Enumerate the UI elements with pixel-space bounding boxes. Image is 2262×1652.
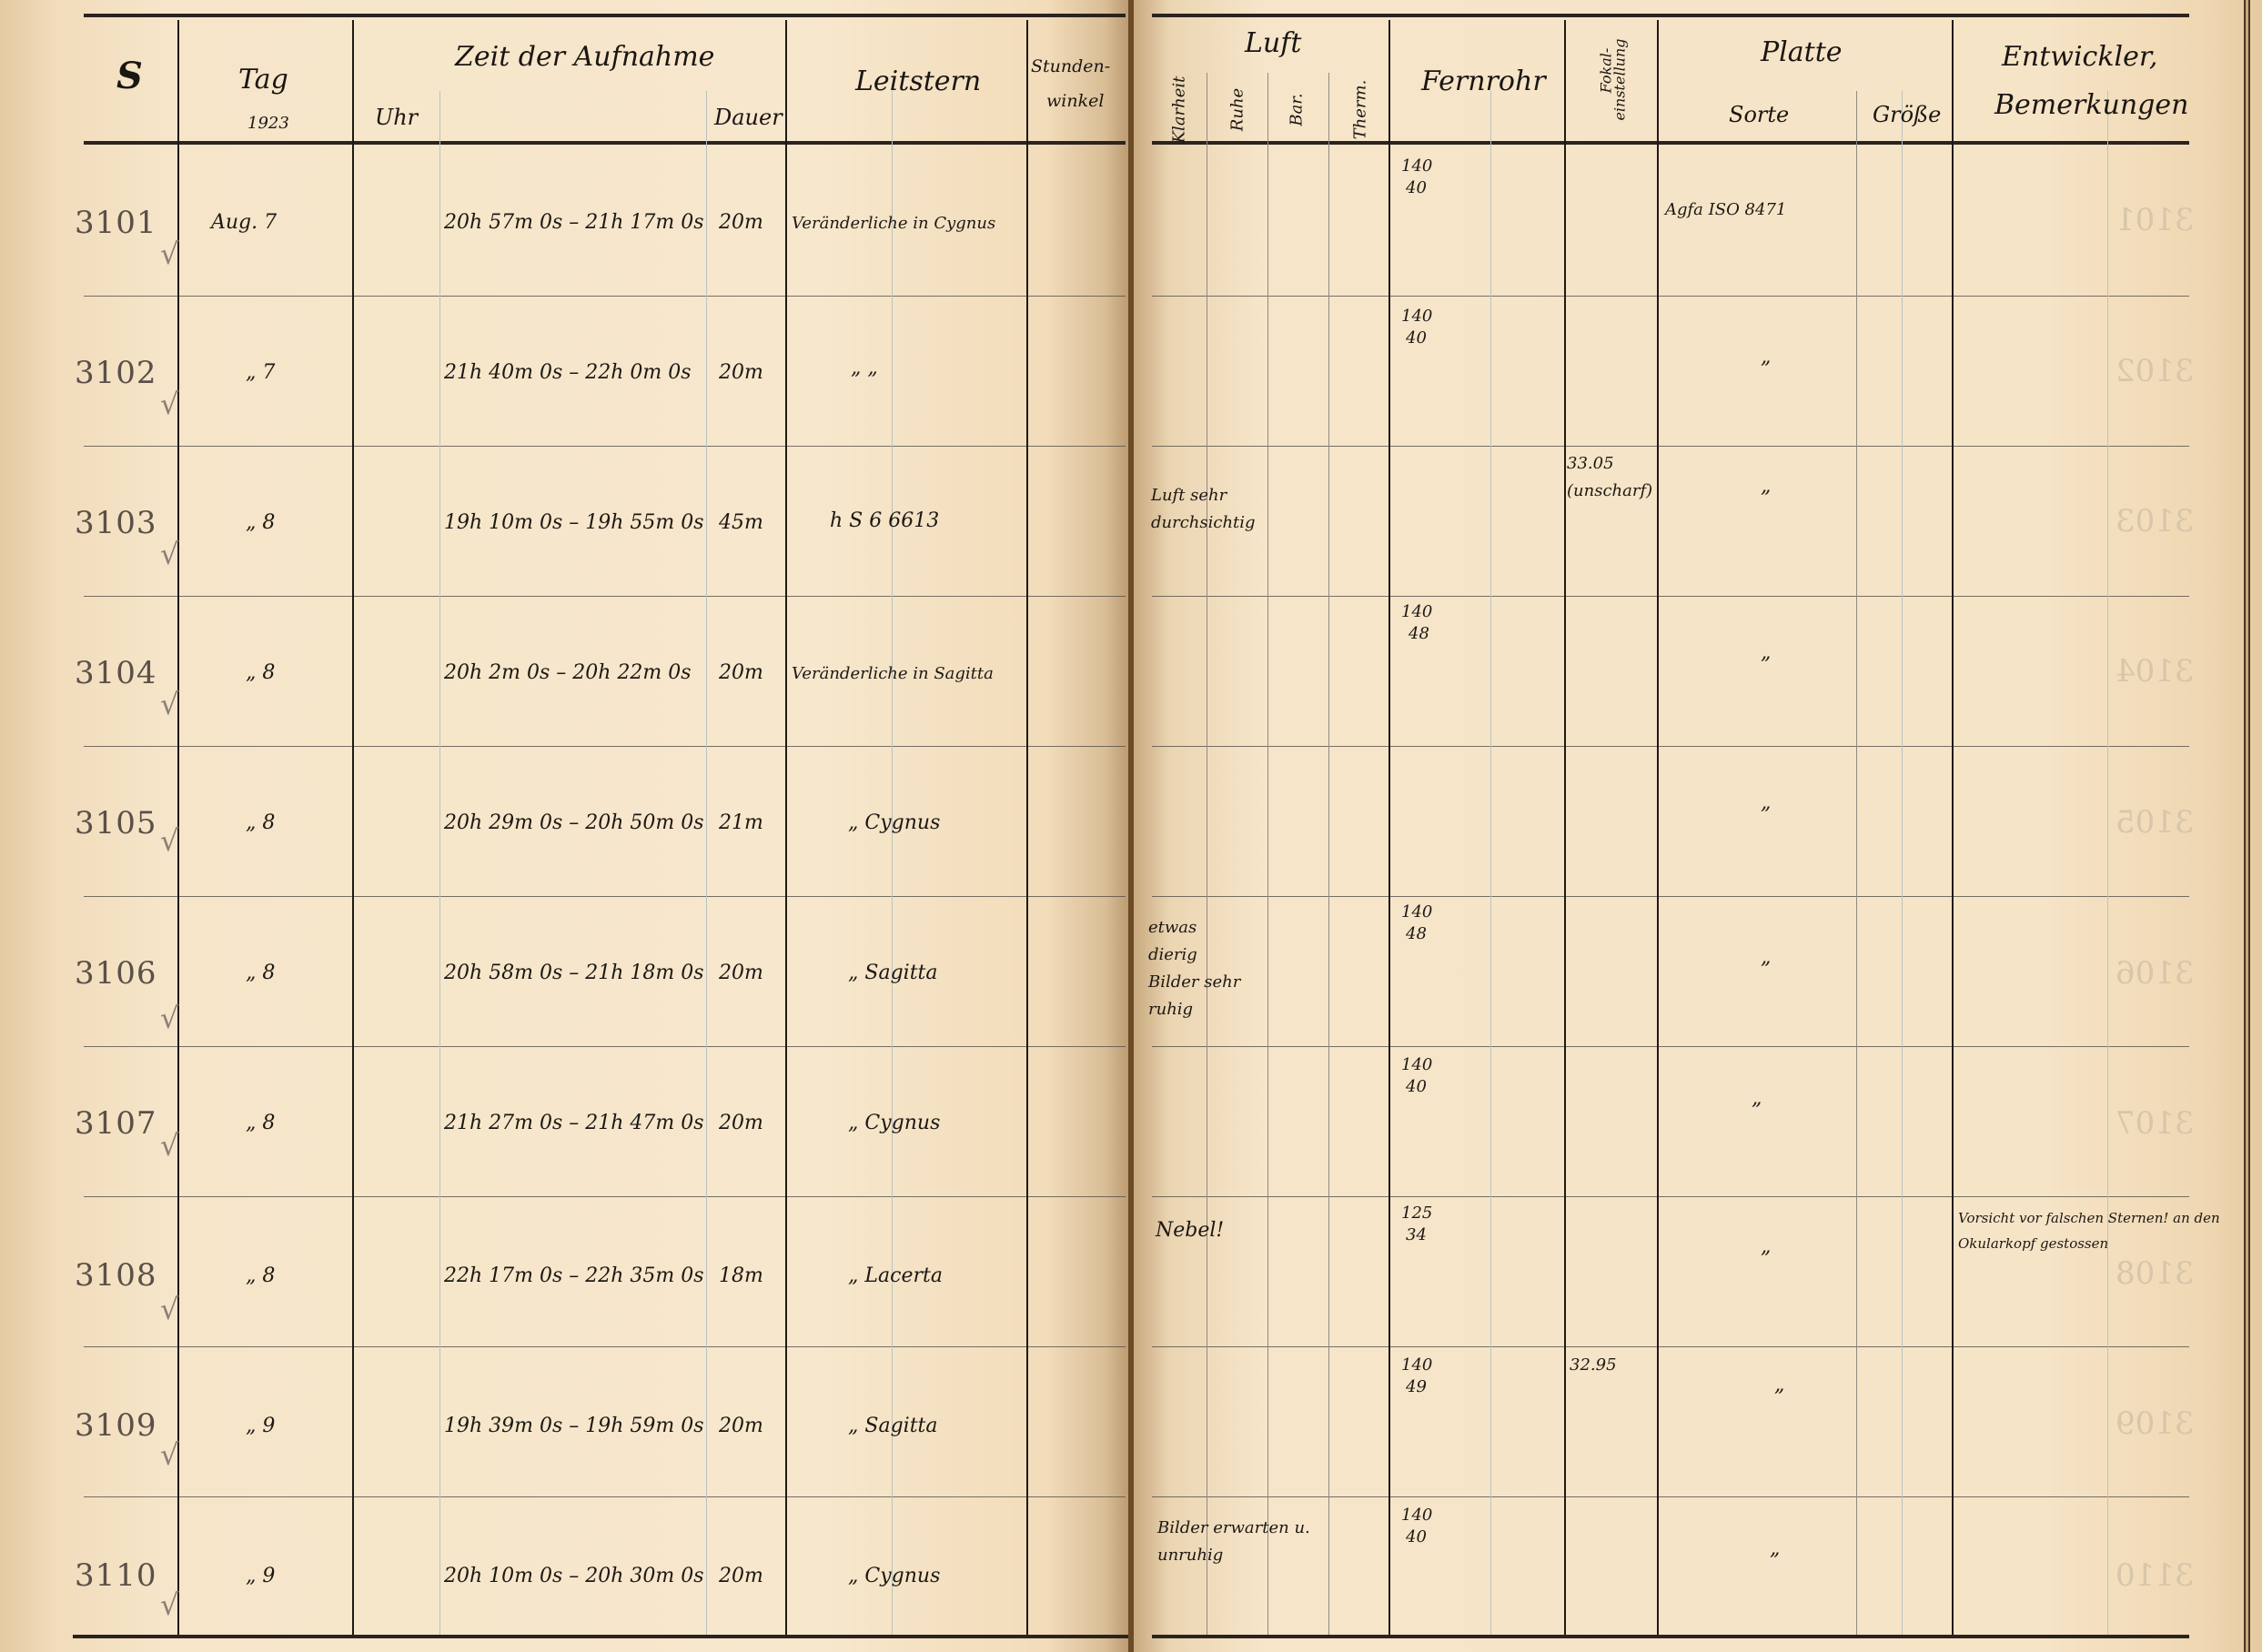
duration-cell: 20m bbox=[719, 1415, 763, 1437]
telescope-value: 40 bbox=[1406, 328, 1427, 348]
time-cell: 20h 58m 0s – 21h 18m 0s bbox=[444, 962, 704, 984]
header-klarheit: Klarheit bbox=[1170, 74, 1189, 146]
row-divider bbox=[1152, 296, 2189, 297]
bleed-through-number: 3109 bbox=[2116, 1405, 2195, 1442]
plate-number: 3102 bbox=[75, 355, 157, 391]
time-cell: 20h 10m 0s – 20h 30m 0s bbox=[444, 1565, 704, 1587]
column-divider bbox=[1657, 20, 1659, 1635]
plate-type-cell: „ bbox=[1761, 946, 1771, 969]
row-divider bbox=[1152, 1346, 2189, 1347]
plate-number: 3105 bbox=[75, 805, 157, 841]
duration-cell: 18m bbox=[719, 1264, 763, 1287]
header-ruhe: Ruhe bbox=[1228, 83, 1247, 137]
telescope-aperture: 140 bbox=[1401, 602, 1432, 621]
plate-number: 3110 bbox=[75, 1557, 157, 1594]
focus-setting-cell: 33.05 (unscharf) bbox=[1567, 450, 1658, 505]
duration-cell: 20m bbox=[719, 661, 763, 684]
telescope-value: 40 bbox=[1406, 1077, 1427, 1096]
telescope-aperture: 125 bbox=[1401, 1204, 1432, 1223]
guide-star-cell: „ Cygnus bbox=[848, 1112, 940, 1134]
header-therm: Therm. bbox=[1351, 78, 1370, 142]
checkmark-icon: √ bbox=[160, 687, 178, 721]
right-page bbox=[1134, 0, 2262, 1652]
row-divider bbox=[84, 1196, 1126, 1197]
plate-number: 3104 bbox=[75, 655, 157, 691]
column-divider bbox=[352, 20, 354, 1635]
time-cell: 21h 40m 0s – 22h 0m 0s bbox=[444, 361, 692, 384]
checkmark-icon: √ bbox=[160, 1128, 178, 1163]
row-divider bbox=[1152, 1496, 2189, 1497]
checkmark-icon: √ bbox=[160, 1292, 178, 1326]
top-rule bbox=[1152, 14, 2189, 17]
telescope-aperture: 140 bbox=[1401, 1355, 1432, 1375]
bleed-through-number: 3110 bbox=[2116, 1557, 2195, 1594]
date-cell: „ 8 bbox=[246, 661, 275, 684]
header-rule bbox=[1152, 141, 2189, 145]
column-guide bbox=[1902, 91, 1903, 1635]
date-cell: „ 8 bbox=[246, 511, 275, 534]
plate-number: 3101 bbox=[75, 205, 157, 241]
guide-star-cell: „ Lacerta bbox=[848, 1264, 943, 1287]
column-divider bbox=[785, 20, 787, 1635]
header-groesse: Größe bbox=[1873, 102, 1941, 127]
telescope-value: 40 bbox=[1406, 1527, 1427, 1546]
plate-number: 3106 bbox=[75, 955, 157, 992]
plate-type-cell: „ bbox=[1761, 641, 1771, 664]
plate-type-cell: „ bbox=[1761, 475, 1771, 498]
air-clarity-note: Luft sehr durchsichtig bbox=[1151, 482, 1260, 537]
time-cell: 19h 10m 0s – 19h 55m 0s bbox=[444, 511, 704, 534]
row-divider bbox=[84, 1496, 1126, 1497]
header-luft: Luft bbox=[1245, 27, 1301, 59]
checkmark-icon: √ bbox=[160, 237, 178, 271]
date-cell: „ 8 bbox=[246, 811, 275, 834]
header-rule bbox=[84, 141, 1126, 145]
duration-cell: 20m bbox=[719, 361, 763, 384]
row-divider bbox=[1152, 596, 2189, 597]
time-cell: 20h 2m 0s – 20h 22m 0s bbox=[444, 661, 692, 684]
column-guide bbox=[2107, 91, 2108, 1635]
column-guide bbox=[1490, 91, 1491, 1635]
header-dauer: Dauer bbox=[714, 105, 783, 130]
header-tag: Tag bbox=[238, 64, 288, 96]
bleed-through-number: 3108 bbox=[2116, 1255, 2195, 1292]
telescope-value: 49 bbox=[1406, 1377, 1427, 1396]
checkmark-icon: √ bbox=[160, 1437, 178, 1472]
air-clarity-note: Bilder erwarten u. unruhig bbox=[1157, 1515, 1330, 1569]
remarks-cell: Vorsicht vor falschen Sternen! an den Ok… bbox=[1958, 1205, 2242, 1256]
air-clarity-note: etwas dierig Bilder sehr ruhig bbox=[1148, 914, 1248, 1023]
date-cell: Aug. 7 bbox=[211, 211, 277, 234]
duration-cell: 20m bbox=[719, 1112, 763, 1134]
bleed-through-number: 3102 bbox=[2116, 353, 2195, 389]
header-zeit-der-aufnahme: Zeit der Aufnahme bbox=[455, 41, 714, 73]
duration-cell: 20m bbox=[719, 1565, 763, 1587]
checkmark-icon: √ bbox=[160, 823, 178, 858]
column-guide bbox=[1856, 91, 1857, 1635]
date-cell: „ 8 bbox=[246, 962, 275, 984]
telescope-aperture: 140 bbox=[1401, 902, 1432, 922]
plate-type-cell: „ bbox=[1752, 1087, 1762, 1110]
row-divider bbox=[84, 296, 1126, 297]
date-cell: „ 9 bbox=[246, 1415, 275, 1437]
column-guide bbox=[1328, 73, 1329, 1635]
date-cell: „ 9 bbox=[246, 1565, 275, 1587]
focus-setting-cell: 32.95 bbox=[1570, 1355, 1617, 1375]
column-divider bbox=[1564, 20, 1566, 1635]
row-divider bbox=[1152, 896, 2189, 897]
row-divider bbox=[84, 446, 1126, 447]
guide-star-cell: „ Sagitta bbox=[848, 962, 938, 984]
header-entwickler: Entwickler, bbox=[2002, 41, 2157, 73]
guide-star-cell: Veränderliche in Cygnus bbox=[792, 214, 995, 233]
telescope-aperture: 140 bbox=[1401, 1055, 1432, 1074]
header-uhr: Uhr bbox=[375, 105, 418, 130]
column-divider bbox=[1952, 20, 1954, 1635]
column-guide bbox=[439, 91, 440, 1635]
duration-cell: 45m bbox=[719, 511, 763, 534]
header-year: 1923 bbox=[247, 114, 289, 133]
time-cell: 22h 17m 0s – 22h 35m 0s bbox=[444, 1264, 704, 1287]
duration-cell: 21m bbox=[719, 811, 763, 834]
header-fernrohr: Fernrohr bbox=[1421, 65, 1546, 97]
row-divider bbox=[1152, 446, 2189, 447]
time-cell: 20h 29m 0s – 20h 50m 0s bbox=[444, 811, 704, 834]
header-s: S bbox=[116, 55, 143, 97]
header-platte: Platte bbox=[1761, 36, 1843, 68]
bleed-through-number: 3107 bbox=[2116, 1105, 2195, 1142]
column-divider bbox=[1026, 20, 1028, 1635]
date-cell: „ 8 bbox=[246, 1264, 275, 1287]
guide-star-cell: „ Sagitta bbox=[848, 1415, 938, 1437]
plate-number: 3103 bbox=[75, 505, 157, 541]
checkmark-icon: √ bbox=[160, 1001, 178, 1035]
plate-type-cell: „ bbox=[1770, 1537, 1780, 1560]
duration-cell: 20m bbox=[719, 211, 763, 234]
plate-type-cell: „ bbox=[1761, 1235, 1771, 1258]
date-cell: „ 8 bbox=[246, 1112, 275, 1134]
time-cell: 20h 57m 0s – 21h 17m 0s bbox=[444, 211, 704, 234]
header-bar: Bar. bbox=[1288, 87, 1307, 133]
row-divider bbox=[1152, 1196, 2189, 1197]
guide-star-cell: Veränderliche in Sagitta bbox=[792, 664, 994, 683]
bleed-through-number: 3103 bbox=[2116, 503, 2195, 539]
plate-number: 3108 bbox=[75, 1257, 157, 1294]
plate-type-cell: „ bbox=[1761, 791, 1771, 814]
telescope-aperture: 140 bbox=[1401, 156, 1432, 176]
bleed-through-number: 3101 bbox=[2116, 202, 2195, 238]
guide-star-cell: „ „ bbox=[851, 357, 878, 379]
plate-type-cell: Agfa ISO 8471 bbox=[1665, 200, 1786, 219]
plate-type-cell: „ bbox=[1774, 1374, 1784, 1396]
telescope-value: 48 bbox=[1409, 624, 1429, 643]
telescope-aperture: 140 bbox=[1401, 1506, 1432, 1525]
checkmark-icon: √ bbox=[160, 537, 178, 571]
header-sorte: Sorte bbox=[1729, 102, 1789, 127]
telescope-aperture: 140 bbox=[1401, 307, 1432, 326]
column-guide bbox=[1207, 73, 1207, 1635]
plate-type-cell: „ bbox=[1761, 346, 1771, 368]
bleed-through-number: 3104 bbox=[2116, 653, 2195, 690]
checkmark-icon: √ bbox=[160, 387, 178, 421]
page-edge bbox=[2244, 0, 2250, 1652]
time-cell: 21h 27m 0s – 21h 47m 0s bbox=[444, 1112, 704, 1134]
telescope-value: 40 bbox=[1406, 178, 1427, 197]
row-divider bbox=[84, 896, 1126, 897]
column-divider bbox=[1389, 20, 1390, 1635]
row-divider bbox=[84, 746, 1126, 747]
plate-number: 3107 bbox=[75, 1105, 157, 1142]
book-gutter bbox=[1128, 0, 1134, 1652]
bottom-rule bbox=[1152, 1635, 2189, 1638]
guide-star-cell: h S 6 6613 bbox=[830, 509, 939, 532]
row-divider bbox=[1152, 746, 2189, 747]
guide-star-cell: „ Cygnus bbox=[848, 1565, 940, 1587]
bottom-rule bbox=[73, 1635, 1128, 1638]
plate-number: 3109 bbox=[75, 1407, 157, 1444]
duration-cell: 20m bbox=[719, 962, 763, 984]
header-leitstern: Leitstern bbox=[855, 65, 981, 97]
header-fokaleinstellung: einstellung bbox=[1611, 35, 1629, 126]
top-rule bbox=[84, 14, 1126, 17]
header-stundenwinkel: Stunden- bbox=[1031, 56, 1110, 76]
header-bemerkungen: Bemerkungen bbox=[1994, 89, 2188, 121]
column-guide bbox=[1267, 73, 1268, 1635]
telescope-value: 34 bbox=[1406, 1225, 1427, 1244]
column-guide bbox=[706, 91, 707, 1635]
header-stundenwinkel: winkel bbox=[1046, 91, 1104, 111]
air-clarity-note: Nebel! bbox=[1156, 1219, 1224, 1242]
column-guide bbox=[892, 91, 893, 1635]
row-divider bbox=[84, 1046, 1126, 1047]
guide-star-cell: „ Cygnus bbox=[848, 811, 940, 834]
checkmark-icon: √ bbox=[160, 1587, 178, 1622]
date-cell: „ 7 bbox=[246, 361, 275, 384]
bleed-through-number: 3105 bbox=[2116, 804, 2195, 841]
time-cell: 19h 39m 0s – 19h 59m 0s bbox=[444, 1415, 704, 1437]
row-divider bbox=[84, 596, 1126, 597]
row-divider bbox=[1152, 1046, 2189, 1047]
bleed-through-number: 3106 bbox=[2116, 955, 2195, 992]
telescope-value: 48 bbox=[1406, 924, 1427, 943]
row-divider bbox=[84, 1346, 1126, 1347]
